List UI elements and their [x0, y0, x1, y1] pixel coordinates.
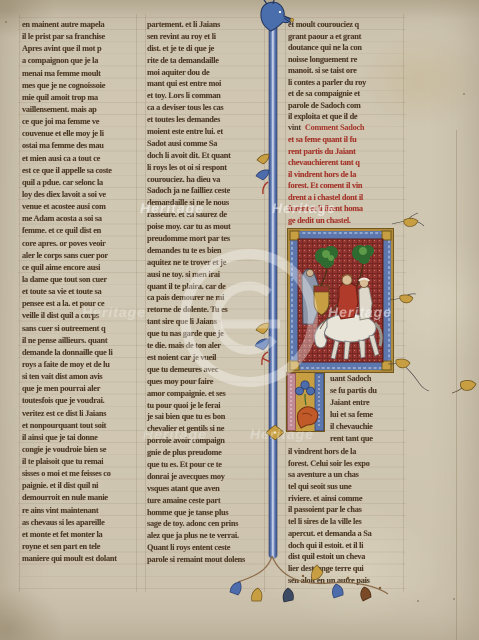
text-line: porroie avoir compaign: [147, 436, 264, 448]
parchment-speck: [417, 600, 419, 602]
text-line: et monte et fet monter la: [22, 530, 136, 542]
text-line: vsques atant que aven: [147, 484, 264, 496]
text-line: mant qui est entre moi: [147, 79, 264, 91]
text-line: lui et sa feme: [330, 410, 403, 422]
text-line: chevauchierent tant q: [288, 158, 403, 170]
text-line: ce quil aime encore ausi: [22, 263, 136, 275]
text-line: sa aventure a un chas: [288, 470, 403, 482]
text-line: doutance qui ne la con: [288, 43, 403, 55]
dragon-ornament: [240, 0, 294, 37]
text-line: forest. Et coment il vin: [288, 181, 403, 193]
text-line: doch li avoit dit. Et quant: [147, 151, 264, 163]
text-line: que tu es. Et pour ce te: [147, 460, 264, 472]
parchment-speck: [463, 93, 465, 95]
text-line: quil a pdue. car selonc la: [22, 178, 136, 190]
text-line: je sai bien que tu es bon: [147, 412, 264, 424]
margin-sprig-1: [392, 210, 426, 239]
text-line: mes que je ne cognoissoie: [22, 81, 136, 93]
text-line: couvenue et elle moy je li: [22, 129, 136, 141]
text-line: a compaignon que je la: [22, 56, 136, 68]
text-line: et nonpourquant tout soit: [22, 421, 136, 433]
text-column-3-mixed-line: vintComment Sadoch: [288, 123, 364, 132]
text-line: il ne pense aillieurs. quant: [22, 336, 136, 348]
bottom-ivy-spray: [228, 554, 396, 631]
text-line: royne et sen part en tele: [22, 542, 136, 554]
text-line: doch qui il estoit. et il li: [288, 541, 403, 553]
text-line: ture amaine ceste part: [147, 496, 264, 508]
text-line: il le prist par sa franchise: [22, 32, 136, 44]
text-line: re ains vint maintenant: [22, 506, 136, 518]
text-line: roys a faite de moy et de lu: [22, 360, 136, 372]
text-line: veille il dist quil a corps: [22, 311, 136, 323]
text-line: poise moy. car tu as mout: [147, 222, 264, 234]
text-column-1: en mainent autre mapelail le prist par s…: [22, 20, 136, 566]
text-line: rent tant que: [330, 434, 403, 446]
text-line: il passoient par le chas: [288, 505, 403, 517]
text-line: donrai je avecques moy: [147, 472, 264, 484]
text-line: et toy. Lors li comman: [147, 91, 264, 103]
text-line: li contes a parler du roy: [288, 78, 403, 90]
text-line: core apres. or poves veoir: [22, 239, 136, 251]
text-line: moi aquiter dou de: [147, 68, 264, 80]
text-line: rasseure. et en saurez de: [147, 210, 264, 222]
text-line: si ten vait dist amon avis: [22, 372, 136, 384]
text-line: preudomme mort par tes: [147, 234, 264, 246]
text-line: furent et li firent homa: [288, 204, 403, 216]
parchment-speck: [5, 21, 7, 23]
text-column-3-top: et moult courouciez qgrant paour a et gr…: [288, 20, 403, 124]
text-line: la dame que tout son cuer: [22, 275, 136, 287]
text-line: et sa feme quant il fu: [288, 135, 403, 147]
text-line: rent partis du Jaiant: [288, 147, 403, 159]
text-line: il vindrent hors de la: [288, 170, 403, 182]
text-line: veritez est ce dist li Jaians: [22, 409, 136, 421]
rubric-text: et sa feme quant il furent partis du Jai…: [288, 135, 403, 227]
text-line: chevalier et gentils si ne: [147, 424, 264, 436]
text-line: que je men pourrai aler: [22, 384, 136, 396]
text-line: Apres avint que il mot p: [22, 44, 136, 56]
margin-sprig-3: [388, 354, 432, 403]
text-line: demourroit en nule manie: [22, 493, 136, 505]
text-line: paignie. et il dist quil ni: [22, 481, 136, 493]
text-line: maniere qui moult est dolant: [22, 554, 136, 566]
ruling-vertical-left: [19, 14, 20, 592]
bar-gold-knot: [266, 425, 284, 445]
text-line: sisses o moi et me feisses co: [22, 469, 136, 481]
text-line: toutesfois que je voudrai.: [22, 396, 136, 408]
text-line: sans cuer si outreement q: [22, 324, 136, 336]
text-line: et moult courouciez q: [288, 20, 403, 32]
page-edge-crease: [456, 130, 457, 640]
text-line: li roys les ot oi si respont: [147, 163, 264, 175]
text-line: parole de Sadoch com: [288, 101, 403, 113]
ruling-vertical-col1-right: [136, 14, 137, 592]
text-line: est ce que il appelle sa coste: [22, 166, 136, 178]
text-line: en mainent autre mapela: [22, 20, 136, 32]
text-line: vaillensement. mais ap: [22, 105, 136, 117]
text-line: il te plaisoit que tu remai: [22, 457, 136, 469]
text-line: venue et acostee ausi com: [22, 202, 136, 214]
mixed-line-red: Comment Sadoch: [305, 123, 364, 132]
text-line: manoit. si se taist ore: [288, 66, 403, 78]
parchment-speck: [453, 598, 455, 600]
margin-sprig-2: [390, 288, 420, 315]
text-line: apercut. et demanda a Sa: [288, 529, 403, 541]
text-line: alez que ja plus ne te verrai.: [147, 531, 264, 543]
ruling-vertical-col2-left: [145, 14, 146, 592]
text-line: me Adam acosta a soi sa: [22, 214, 136, 226]
text-line: congie je voudroie bien se: [22, 445, 136, 457]
text-line: demande la donnaille que li: [22, 348, 136, 360]
text-line: rite de ta demandaille: [147, 56, 264, 68]
text-line: grant paour a et grant: [288, 32, 403, 44]
text-line: forest. Celui soir les expo: [288, 459, 403, 471]
text-line: ce que joi ma femme ve: [22, 117, 136, 129]
text-line: et toute sa vie et toute sa: [22, 287, 136, 299]
text-line: tel li sires de la ville les: [288, 517, 403, 529]
mixed-line-black: vint: [288, 123, 301, 132]
text-line: menai ma femme moult: [22, 69, 136, 81]
text-line: loy des diex lavoit a soi ve: [22, 190, 136, 202]
text-line: pensee est a la. et pour ce: [22, 299, 136, 311]
watermark-logo: [176, 246, 326, 401]
text-line: noisse longuement re: [288, 55, 403, 67]
text-line: ostai ma femme des mau: [22, 141, 136, 153]
manuscript-page: en mainent autre mapelail le prist par s…: [0, 0, 479, 640]
text-line: tel qui seoit sus une: [288, 482, 403, 494]
text-line: et mien ausi ca a tout ce: [22, 154, 136, 166]
bar-leaf-cluster-upper: [252, 148, 280, 203]
text-line: et de sa compaignie et: [288, 89, 403, 101]
text-line: gnie de plus preudome: [147, 448, 264, 460]
text-line: dist. et je te di que je: [147, 44, 264, 56]
text-line: il chevauchie: [330, 422, 403, 434]
text-line: femme. et ce quil dist en: [22, 226, 136, 238]
text-line: moient este entre lui. et: [147, 127, 264, 139]
text-line: et toutes les demandes: [147, 115, 264, 127]
text-line: mie quil amoit trop ma: [22, 93, 136, 105]
text-line: aler le corps sans cuer por: [22, 251, 136, 263]
text-line: ca a deviser tous les cas: [147, 103, 264, 115]
text-line: il vindrent hors de la: [288, 447, 403, 459]
text-line: courouciez. ha dieu va: [147, 175, 264, 187]
text-line: il ainsi que je tai donne: [22, 433, 136, 445]
text-line: drent a i chastel dont il: [288, 193, 403, 205]
text-line: as chevaus si les apareille: [22, 518, 136, 530]
text-line: demandaille si ne le nous: [147, 198, 264, 210]
text-line: homme que je tanse plus: [147, 508, 264, 520]
text-line: Sadot ausi comme Sa: [147, 139, 264, 151]
text-line: Sadoch ja ne failliez ceste: [147, 186, 264, 198]
text-line: tu pour quoi je le ferai: [147, 401, 264, 413]
text-line: riviere. et ainsi comme: [288, 494, 403, 506]
text-line: il exploita et que il de: [288, 112, 403, 124]
text-line: ge dedit un chastel.: [288, 216, 403, 228]
text-line: sage de toy. adonc cen prins: [147, 519, 264, 531]
